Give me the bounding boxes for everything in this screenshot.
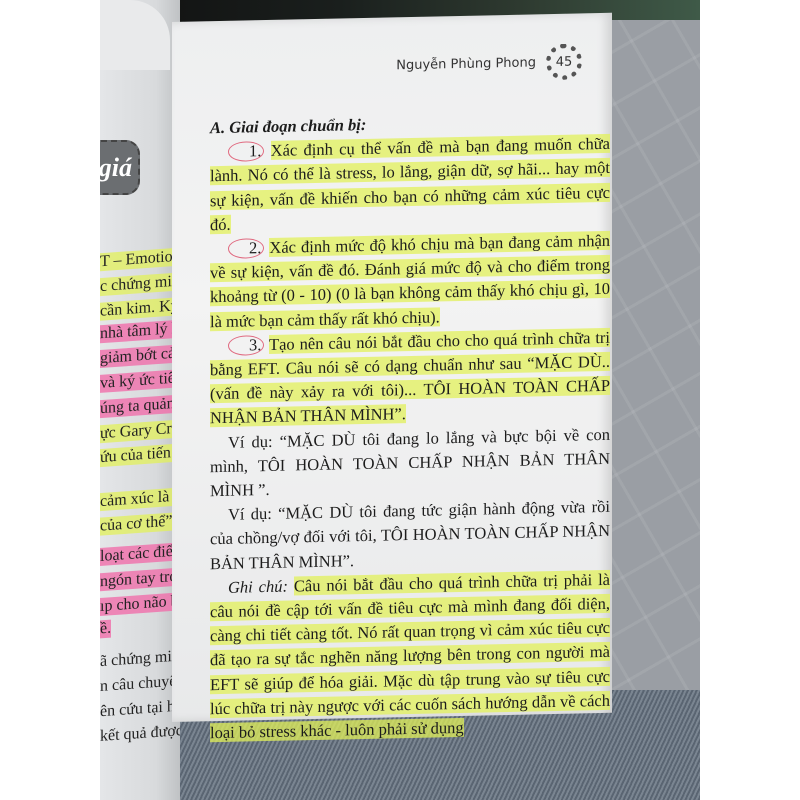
left-page-line: T – Emotional — [100, 247, 180, 271]
example-1: Ví dụ: “MẶC DÙ tôi đang lo lắng và bực b… — [210, 422, 610, 503]
step-3: 3. Tạo nên câu nói bắt đầu cho cho quá t… — [210, 326, 610, 431]
step-number: 1. — [228, 141, 264, 162]
step-text: Xác định cụ thể vấn đề mà bạn đang muốn … — [210, 134, 610, 234]
left-page-line: ề. — [100, 620, 111, 639]
left-page-line: ực Gary Craig — [100, 419, 180, 443]
left-page-line: kết quả được — [100, 722, 180, 746]
left-page-line: nhà tâm lý học — [100, 319, 180, 344]
left-page-line: ên cứu tại hơn — [100, 697, 180, 721]
left-page-line: và ký ức tiêu — [100, 369, 180, 393]
note-paragraph: Ghi chú: Câu nói bắt đầu cho quá trình c… — [210, 568, 610, 746]
step-number: 2. — [228, 238, 264, 259]
step-text: Xác định mức độ khó chịu mà bạn đang cảm… — [210, 231, 610, 331]
step-number: 3. — [228, 335, 264, 356]
left-page-line: ngón tay trong — [100, 567, 180, 592]
left-page-line: c chứng minh — [100, 272, 180, 296]
left-page-line: giảm bớt cảm — [100, 344, 180, 368]
left-page-line: ứu của tiến sỹ — [100, 443, 180, 467]
page-number-flower-icon: 45 — [546, 43, 582, 80]
chapter-badge: giá — [100, 140, 140, 195]
right-page: Nguyễn Phùng Phong 45 A. Giai đoạn chuẩn… — [172, 13, 612, 722]
step-text: Tạo nên câu nói bắt đầu cho cho quá trìn… — [210, 328, 610, 428]
note-label: Ghi chú: — [228, 576, 288, 596]
left-page-curl — [100, 0, 170, 70]
left-page-line: của cơ thể”. — [100, 512, 176, 535]
author-name: Nguyễn Phùng Phong — [396, 55, 536, 73]
step-1: 1. Xác định cụ thể vấn đề mà bạn đang mu… — [210, 132, 610, 237]
page-body: A. Giai đoạn chuẩn bị: 1. Xác định cụ th… — [210, 108, 610, 746]
left-page-line: úng ta quản lý — [100, 394, 180, 418]
left-page-line: cảm xúc là do — [100, 487, 180, 511]
left-page: giá T – Emotionalc chứng minhcần kim. Kỹ… — [100, 0, 180, 800]
example-2: Ví dụ: “MẶC DÙ tôi đang tức giận hành độ… — [210, 495, 610, 576]
book-photo: giá T – Emotionalc chứng minhcần kim. Kỹ… — [100, 0, 700, 800]
page-number: 45 — [556, 54, 573, 69]
step-2: 2. Xác định mức độ khó chịu mà bạn đang … — [210, 229, 610, 334]
left-page-line: ã chứng minh — [100, 647, 180, 671]
running-header: Nguyễn Phùng Phong 45 — [396, 43, 582, 83]
left-page-line: n câu chuyện — [100, 672, 180, 696]
left-page-line: cần kim. Kỹ — [100, 297, 179, 321]
left-page-line: loạt các điểm — [100, 542, 180, 566]
left-page-line: ıp cho não bộ — [100, 592, 180, 616]
